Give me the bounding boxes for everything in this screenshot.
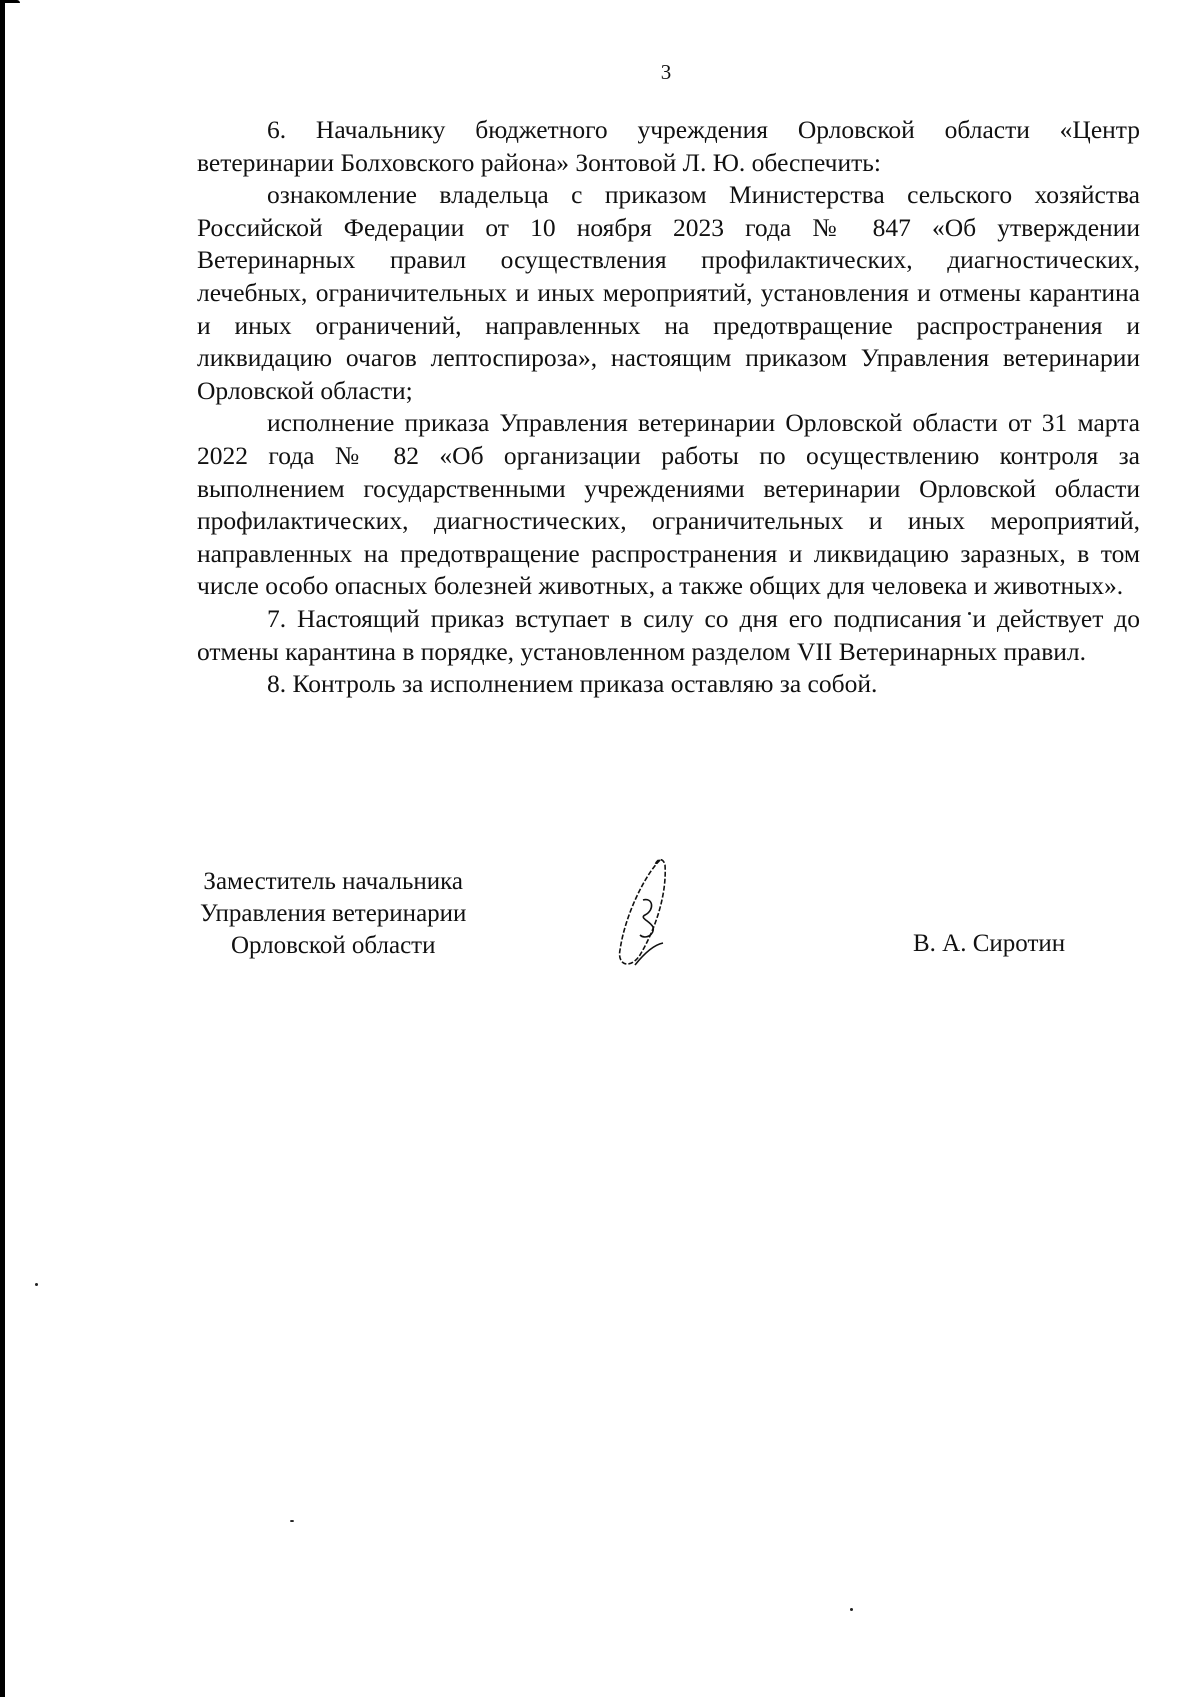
- paragraph-6-item-execution: исполнение приказа Управления ветеринари…: [197, 407, 1140, 603]
- scan-border-corner: [0, 0, 20, 3]
- handwritten-signature-icon: [605, 855, 675, 975]
- paragraph-8: 8. Контроль за исполнением приказа остав…: [197, 668, 1140, 701]
- paragraph-6-item-familiarization: ознакомление владельца с приказом Минист…: [197, 179, 1140, 407]
- page-number: 3: [0, 60, 1200, 85]
- scan-border: [0, 0, 5, 1697]
- scan-speck: [850, 1608, 853, 1611]
- signatory-position: Заместитель начальника Управления ветери…: [200, 866, 466, 962]
- scan-speck: [35, 1283, 38, 1286]
- document-body: 6. Начальнику бюджетного учреждения Орло…: [197, 114, 1140, 701]
- position-line: Орловской области: [200, 930, 466, 962]
- signatory-name: В. А. Сиротин: [913, 930, 1065, 958]
- paragraph-6: 6. Начальнику бюджетного учреждения Орло…: [197, 114, 1140, 179]
- position-line: Заместитель начальника: [200, 866, 466, 898]
- scan-speck: [290, 1520, 294, 1522]
- paragraph-7: 7. Настоящий приказ вступает в силу со д…: [197, 603, 1140, 668]
- position-line: Управления ветеринарии: [200, 898, 466, 930]
- scan-speck: [968, 612, 971, 615]
